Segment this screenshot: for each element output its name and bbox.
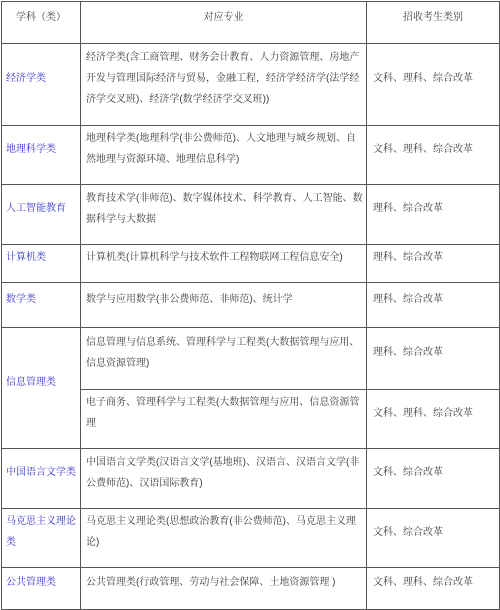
categories-cell: 文科、综合改革 [367,449,500,509]
table-row: 信息管理类 信息管理与信息系统、管理科学与工程类(大数据管理与应用、信息资源管理… [2,328,500,390]
table-row: 公共管理类 公共管理类(行政管理、劳动与社会保障、土地资源管理 ) 文科、理科、… [2,568,500,610]
header-row: 学科（类） 对应专业 招收考生类别 [2,2,500,44]
table-row: 计算机类 计算机类(计算机科学与技术软件工程物联网工程信息安全) 理科、综合改革 [2,245,500,283]
categories-cell: 文科、综合改革 [367,509,500,568]
categories-cell: 理科、综合改革 [367,283,500,328]
categories-cell: 理科、综合改革 [367,245,500,283]
subject-cell: 公共管理类 [2,568,81,610]
categories-cell: 文科、理科、综合改革 [367,126,500,185]
table-row: 马克思主义理论类 马克思主义理论类(思想政治教育(非公费师范)、马克思主义理论)… [2,509,500,568]
table-row: 人工智能教育 教育技术学(非师范)、数字媒体技术、科学教育、人工智能、数据科学与… [2,185,500,245]
majors-cell: 经济学类(含工商管理、财务会计教育、人力资源管理、房地产开发与管理国际经济与贸易… [81,44,367,126]
categories-cell: 理科、综合改革 [367,185,500,245]
admission-majors-table: 学科（类） 对应专业 招收考生类别 经济学类 经济学类(含工商管理、财务会计教育… [1,1,500,610]
subject-cell: 信息管理类 [2,328,81,449]
page: 学科（类） 对应专业 招收考生类别 经济学类 经济学类(含工商管理、财务会计教育… [0,0,500,588]
header-subject: 学科（类） [2,2,81,44]
categories-cell: 文科、理科、综合改革 [367,44,500,126]
categories-cell: 文科、理科、综合改革 [367,390,500,449]
subject-cell: 计算机类 [2,245,81,283]
subject-cell: 马克思主义理论类 [2,509,81,568]
majors-cell: 教育技术学(非师范)、数字媒体技术、科学教育、人工智能、数据科学与大数据 [81,185,367,245]
majors-cell: 公共管理类(行政管理、劳动与社会保障、土地资源管理 ) [81,568,367,610]
subject-cell: 数学类 [2,283,81,328]
majors-cell: 中国语言文学类(汉语言文学(基地班)、汉语言、汉语言文学(非公费师范)、汉语国际… [81,449,367,509]
majors-cell: 马克思主义理论类(思想政治教育(非公费师范)、马克思主义理论) [81,509,367,568]
subject-cell: 人工智能教育 [2,185,81,245]
subject-cell: 经济学类 [2,44,81,126]
majors-cell: 计算机类(计算机科学与技术软件工程物联网工程信息安全) [81,245,367,283]
categories-cell: 理科、综合改革 [367,328,500,390]
categories-cell: 文科、理科、综合改革 [367,568,500,610]
table-row: 数学类 数学与应用数学(非公费师范、非师范)、统计学 理科、综合改革 [2,283,500,328]
table-row: 经济学类 经济学类(含工商管理、财务会计教育、人力资源管理、房地产开发与管理国际… [2,44,500,126]
header-categories: 招收考生类别 [367,2,500,44]
subject-cell: 中国语言文学类 [2,449,81,509]
subject-cell: 地理科学类 [2,126,81,185]
header-majors: 对应专业 [81,2,367,44]
table-row: 中国语言文学类 中国语言文学类(汉语言文学(基地班)、汉语言、汉语言文学(非公费… [2,449,500,509]
majors-cell: 数学与应用数学(非公费师范、非师范)、统计学 [81,283,367,328]
table-row: 地理科学类 地理科学类(地理科学(非公费师范)、人文地理与城乡规划、自然地理与资… [2,126,500,185]
majors-cell: 地理科学类(地理科学(非公费师范)、人文地理与城乡规划、自然地理与资源环境、地理… [81,126,367,185]
majors-cell: 信息管理与信息系统、管理科学与工程类(大数据管理与应用、信息资源管理) [81,328,367,390]
majors-cell: 电子商务、管理科学与工程类(大数据管理与应用、信息资源管理 [81,390,367,449]
